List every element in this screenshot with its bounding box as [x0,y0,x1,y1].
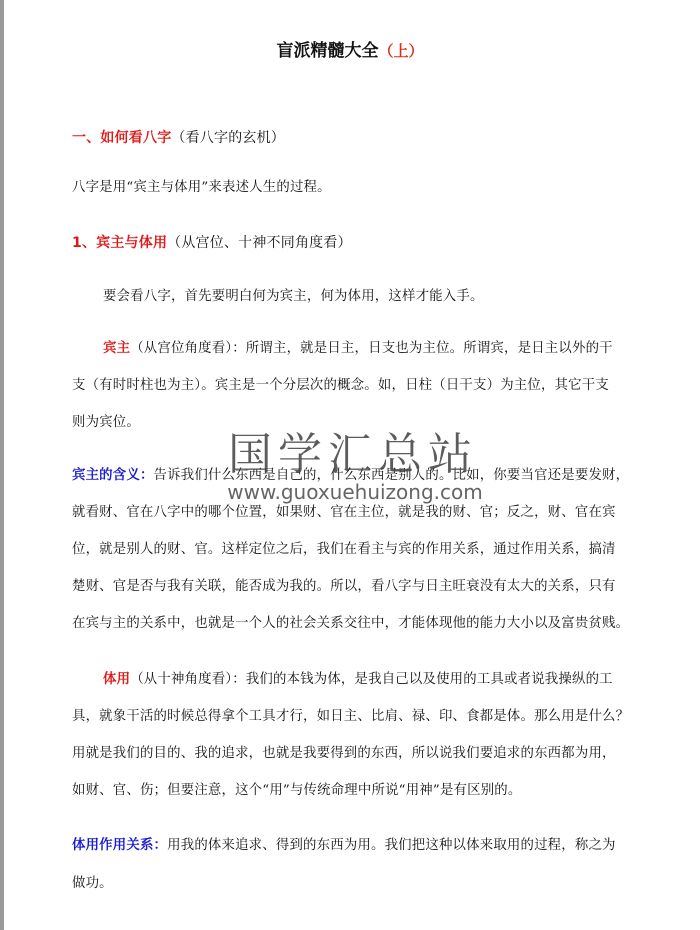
binzhu-meaning-line-3: 位，就是别人的财、官。这样定位之后，我们在看主与宾的作用关系，通过作用关系，搞清 [72,540,672,560]
subsection-heading-1: 1、宾主与体用（从宫位、十神不同角度看） [72,233,672,253]
tiyong-relation-line-1: 体用作用关系：用我的体来追求、得到的东西为用。我们把这种以体来取用的过程，称之为 [72,836,672,856]
tiyong-line-4: 如财、官、伤；但要注意，这个“用”与传统命理中所说“用神”是有区别的。 [72,781,672,801]
title-suffix: （上） [378,42,423,60]
tiyong-relation-line-2: 做功。 [72,874,672,894]
tiyong-line-2: 具，就象干活的时候总得拿个工具才行，如日主、比肩、禄、印、食都是体。那么用是什么… [72,707,672,727]
document-page: 盲派精髓大全（上） 一、如何看八字（看八字的玄机） 八字是用“宾主与体用”来表述… [0,0,700,930]
page-title: 盲派精髓大全（上） [0,36,700,61]
binzhu-label: 宾主 [103,341,130,356]
intro-paragraph: 八字是用“宾主与体用”来表述人生的过程。 [72,178,672,198]
paragraph-1: 要会看八字，首先要明白何为宾主，何为体用，这样才能入手。 [103,287,700,307]
section-heading-1: 一、如何看八字（看八字的玄机） [72,128,672,148]
watermark-url: www.guoxuehuizong.com [205,480,505,504]
section-heading-note: （看八字的玄机） [171,130,285,146]
binzhu-meaning-line-2: 就看财、官在八字中的哪个位置，如果财、官在主位，就是我的财、官；反之，财、官在宾 [72,503,672,523]
watermark-text: 国学汇总站 [218,418,488,482]
binzhu-meaning-line-5: 在宾与主的关系中，也就是一个人的社会关系交往中，才能体现他的能力大小以及富贵贫贱… [72,614,672,634]
tiyong-relation-label: 体用作用关系： [72,838,167,853]
tiyong-line-3: 用就是我们的目的、我的追求，也就是我要得到的东西，所以说我们要追求的东西都为用， [72,744,672,764]
tiyong-label: 体用 [103,672,130,687]
tiyong-relation-text: 用我的体来追求、得到的东西为用。我们把这种以体来取用的过程，称之为 [167,838,616,853]
binzhu-meaning-label: 宾主的含义： [72,468,154,483]
subsection-heading-text: 1、宾主与体用 [72,235,167,251]
binzhu-meaning-line-4: 楚财、官是否与我有关联，能否成为我的。所以，看八字与日主旺衰没有太大的关系，只有 [72,577,672,597]
binzhu-line-1: 宾主（从宫位角度看）：所谓主，就是日主，日支也为主位。所谓宾，是日主以外的干 [103,339,700,359]
title-text: 盲派精髓大全 [276,41,378,61]
binzhu-text: （从宫位角度看）：所谓主，就是日主，日支也为主位。所谓宾，是日主以外的干 [130,341,613,356]
tiyong-text: （从十神角度看）：我们的本钱为体，是我自己以及使用的工具或者说我操纵的工 [130,672,613,687]
tiyong-line-1: 体用（从十神角度看）：我们的本钱为体，是我自己以及使用的工具或者说我操纵的工 [103,670,700,690]
section-heading-text: 一、如何看八字 [72,130,171,146]
binzhu-line-2: 支（有时时柱也为主）。宾主是一个分层次的概念。如，日柱（日干支）为主位，其它干支 [72,376,672,396]
subsection-heading-note: （从宫位、十神不同角度看） [167,235,352,251]
